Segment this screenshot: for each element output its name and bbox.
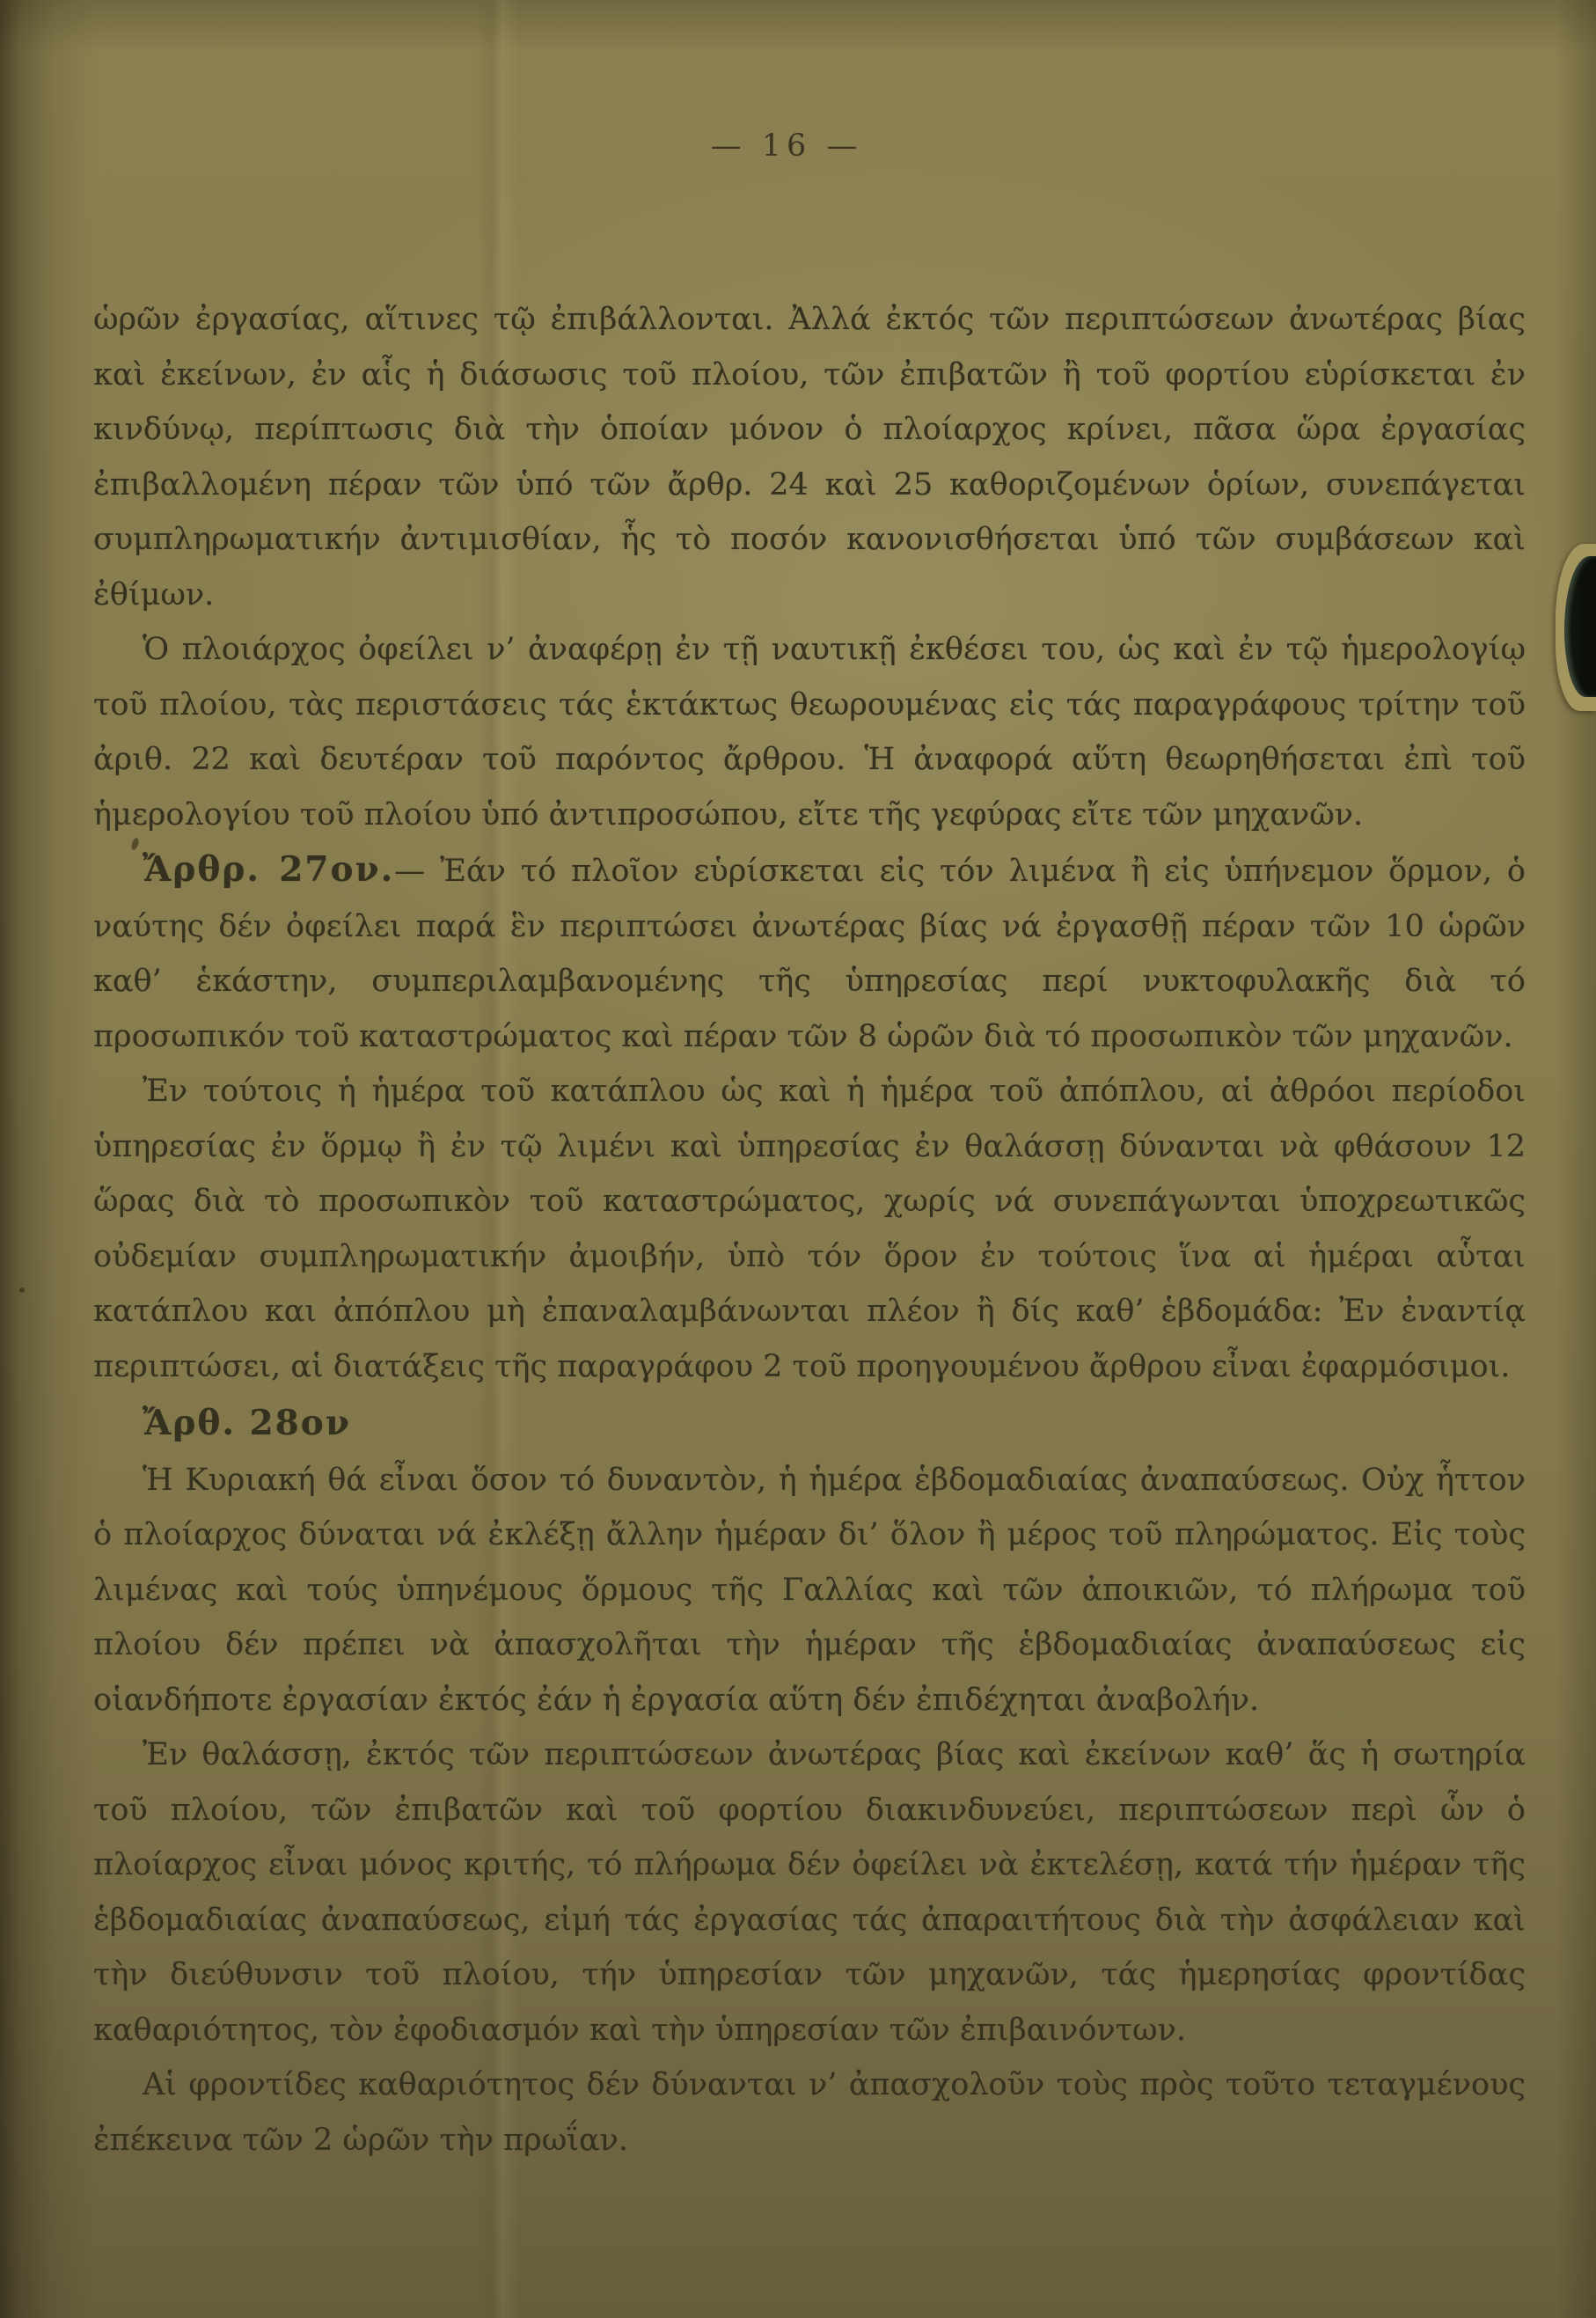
paragraph: Ἄρθρ. 27ον.— Ἐάν τό πλοῖον εὑρίσκεται εἰ… <box>93 842 1526 1064</box>
binding-shadow-left <box>0 0 97 2318</box>
page-edge-shadow-right <box>1556 0 1596 2318</box>
scanned-document-page: — 16 — ὡρῶν ἐργασίας, αἵτινες τῷ ἐπιβάλλ… <box>0 0 1596 2318</box>
paragraph-text: Ἐν τούτοις ἡ ἡμέρα τοῦ κατάπλου ὡς καὶ ἡ… <box>93 1074 1526 1384</box>
page-tear-mark <box>1556 544 1596 711</box>
paragraph-text: Ἡ Κυριακή θά εἶναι ὅσον τό δυναντὸν, ἡ ἡ… <box>93 1463 1526 1718</box>
paragraph-text: ὡρῶν ἐργασίας, αἵτινες τῷ ἐπιβάλλονται. … <box>93 302 1526 613</box>
paragraph: Ἐν τούτοις ἡ ἡμέρα τοῦ κατάπλου ὡς καὶ ἡ… <box>93 1064 1526 1394</box>
paragraph: Ἡ Κυριακή θά εἶναι ὅσον τό δυναντὸν, ἡ ἡ… <box>93 1453 1526 1728</box>
text-block: ὡρῶν ἐργασίας, αἵτινες τῷ ἐπιβάλλονται. … <box>93 292 1526 2168</box>
page-number: — 16 — <box>0 128 1573 164</box>
article-label-dash: — <box>394 854 440 889</box>
paragraph: Ἐν θαλάσσῃ, ἐκτός τῶν περιπτώσεων ἀνωτέρ… <box>93 1727 1526 2058</box>
page-edge-shadow-top <box>0 0 1596 53</box>
paragraph-text: Αἱ φροντίδες καθαριότητος δέν δύνανται ν… <box>93 2067 1526 2158</box>
paragraph: ὡρῶν ἐργασίας, αἵτινες τῷ ἐπιβάλλονται. … <box>93 292 1526 622</box>
ink-speck <box>19 1287 25 1293</box>
article-label: Ἄρθρ. 27ον. <box>143 849 394 890</box>
paragraph: Αἱ φροντίδες καθαριότητος δέν δύνανται ν… <box>93 2058 1526 2168</box>
paragraph-text: Ἐν θαλάσσῃ, ἐκτός τῶν περιπτώσεων ἀνωτέρ… <box>93 1737 1526 2048</box>
article-label: Ἄρθ. 28ον <box>143 1403 351 1443</box>
paragraph: Ἄρθ. 28ον <box>93 1396 1526 1451</box>
paragraph: Ὁ πλοιάρχος ὀφείλει ν’ ἀναφέρῃ ἐν τῇ ναυ… <box>93 622 1526 842</box>
paragraph-text: Ὁ πλοιάρχος ὀφείλει ν’ ἀναφέρῃ ἐν τῇ ναυ… <box>93 632 1526 833</box>
